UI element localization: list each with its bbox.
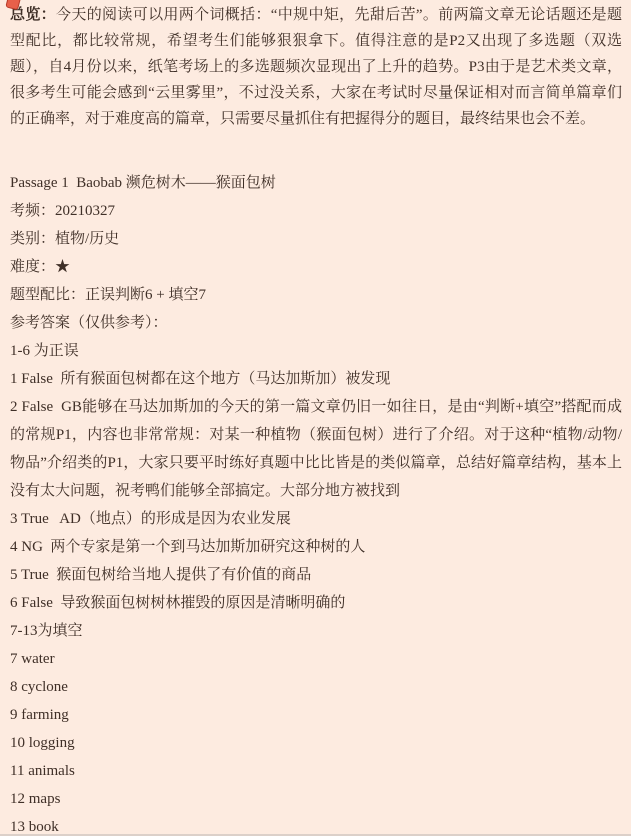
passage-title: Passage 1 Baobab 濒危树木——猴面包树 <box>10 169 622 197</box>
article-content: 总览：今天的阅读可以用两个词概括：“中规中矩，先甜后苦”。前两篇文章无论话题还是… <box>0 0 631 836</box>
blank-answer-13: 13 book <box>10 813 622 836</box>
tf-answer-5: 5 True 猴面包树给当地人提供了有价值的商品 <box>10 561 622 589</box>
answers-heading: 参考答案（仅供参考）： <box>10 309 622 337</box>
passage-type-ratio: 题型配比：正误判断6 + 填空7 <box>10 281 622 309</box>
tf-section-heading: 1-6 为正误 <box>10 337 622 365</box>
tf-answer-4: 4 NG 两个专家是第一个到马达加斯加研究这种树的人 <box>10 533 622 561</box>
tf-answer-2: 2 False GB能够在马达加斯加的今天的第一篇文章仍旧一如往日，是由“判断+… <box>10 393 622 505</box>
tf-answer-3: 3 True AD（地点）的形成是因为农业发展 <box>10 505 622 533</box>
tf-answer-6: 6 False 导致猴面包树树林摧毁的原因是清晰明确的 <box>10 589 622 617</box>
blank-answer-9: 9 farming <box>10 701 622 729</box>
passage1-section: Passage 1 Baobab 濒危树木——猴面包树 考频：20210327 … <box>10 169 622 836</box>
blank-answer-7: 7 water <box>10 645 622 673</box>
overview-paragraph: 总览：今天的阅读可以用两个词概括：“中规中矩，先甜后苦”。前两篇文章无论话题还是… <box>10 2 622 132</box>
overview-text: 今天的阅读可以用两个词概括：“中规中矩，先甜后苦”。前两篇文章无论话题还是题型配… <box>10 7 622 127</box>
passage-frequency: 考频：20210327 <box>10 197 622 225</box>
blank-answer-10: 10 logging <box>10 729 622 757</box>
passage-category: 类别：植物/历史 <box>10 225 622 253</box>
passage-difficulty: 难度：★ <box>10 253 622 281</box>
tf-answer-1: 1 False 所有猴面包树都在这个地方（马达加斯加）被发现 <box>10 365 622 393</box>
blank-answer-8: 8 cyclone <box>10 673 622 701</box>
blank-answer-12: 12 maps <box>10 785 622 813</box>
blank-section-heading: 7-13为填空 <box>10 617 622 645</box>
blank-answer-11: 11 animals <box>10 757 622 785</box>
article-page: 总览：今天的阅读可以用两个词概括：“中规中矩，先甜后苦”。前两篇文章无论话题还是… <box>0 0 631 836</box>
